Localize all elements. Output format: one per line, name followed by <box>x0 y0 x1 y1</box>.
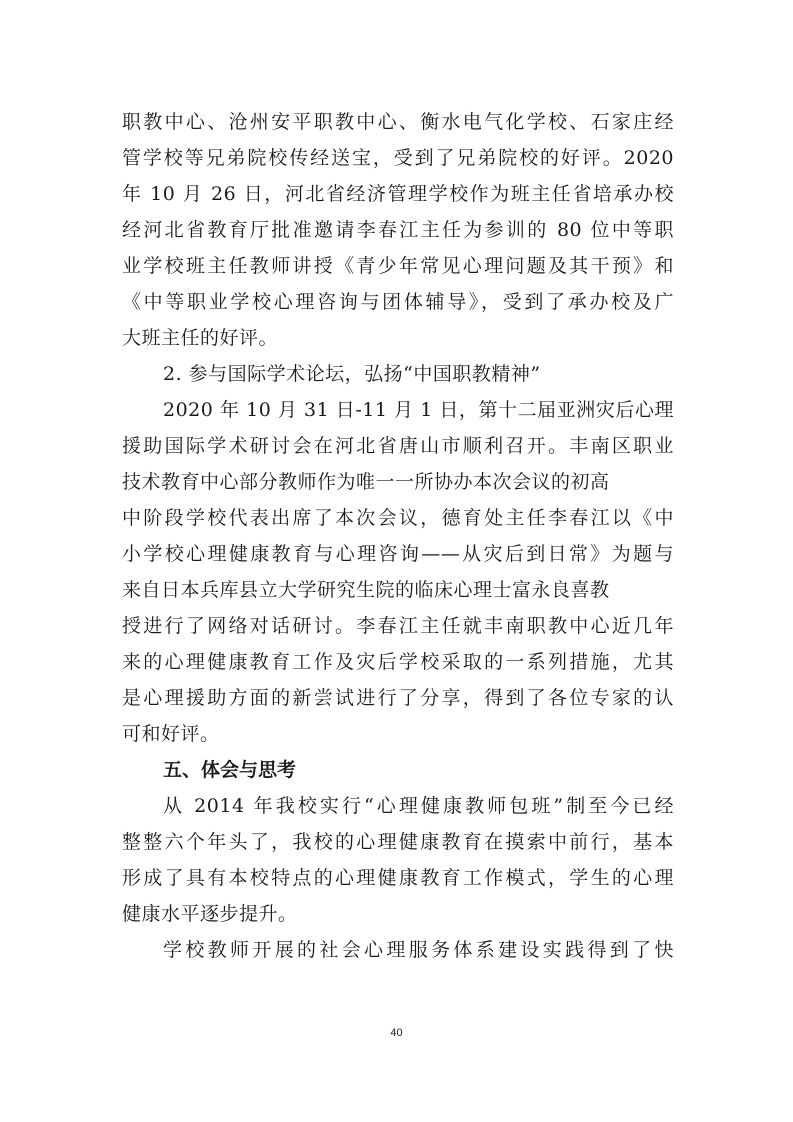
text-line: 职教中心、沧州安平职教中心、衡水电气化学校、石家庄经 <box>122 104 674 140</box>
paragraph-3: 从 2014 年我校实行“心理健康教师包班”制至今已经 整整六个年头了，我校的心… <box>122 788 674 932</box>
text-line: 业学校班主任教师讲授《青少年常见心理问题及其干预》和 <box>122 248 674 284</box>
text-line: 健康水平逐步提升。 <box>122 896 674 932</box>
text-line: 《中等职业学校心理咨询与团体辅导》，受到了承办校及广 <box>122 284 674 320</box>
section-heading: 五、体会与思考 <box>122 752 674 788</box>
text-line: 授进行了网络对话研讨。李春江主任就丰南职教中心近几年 <box>122 608 674 644</box>
text-line: 技术教育中心部分教师作为唯一一所协办本次会议的初高 <box>122 464 674 500</box>
text-line: 来的心理健康教育工作及灾后学校采取的一系列措施，尤其 <box>122 644 674 680</box>
page-number: 40 <box>0 1027 793 1039</box>
text-line: 小学校心理健康教育与心理咨询——从灾后到日常》为题与 <box>122 536 674 572</box>
text-line: 学校教师开展的社会心理服务体系建设实践得到了快 <box>122 932 674 968</box>
text-line: 援助国际学术研讨会在河北省唐山市顺利召开。丰南区职业 <box>122 428 674 464</box>
text-line: 是心理援助方面的新尝试进行了分享，得到了各位专家的认 <box>122 680 674 716</box>
paragraph-4: 学校教师开展的社会心理服务体系建设实践得到了快 <box>122 932 674 968</box>
subheading-international-forum: 2. 参与国际学术论坛，弘扬“中国职教精神” <box>122 356 674 392</box>
text-line: 来自日本兵库县立大学研究生院的临床心理士富永良喜教 <box>122 572 674 608</box>
text-line: 经河北省教育厅批准邀请李春江主任为参训的 80 位中等职 <box>122 212 674 248</box>
text-line: 中阶段学校代表出席了本次会议，德育处主任李春江以《中 <box>122 500 674 536</box>
text-line: 大班主任的好评。 <box>122 320 674 356</box>
text-line: 2020 年 10 月 31 日-11 月 1 日，第十二届亚洲灾后心理 <box>122 392 674 428</box>
text-line: 形成了具有本校特点的心理健康教育工作模式，学生的心理 <box>122 860 674 896</box>
paragraph-2: 2020 年 10 月 31 日-11 月 1 日，第十二届亚洲灾后心理 援助国… <box>122 392 674 752</box>
text-line: 整整六个年头了，我校的心理健康教育在摸索中前行，基本 <box>122 824 674 860</box>
paragraph-1: 职教中心、沧州安平职教中心、衡水电气化学校、石家庄经 管学校等兄弟院校传经送宝，… <box>122 104 674 356</box>
text-line: 可和好评。 <box>122 716 674 752</box>
text-line: 年 10 月 26 日，河北省经济管理学校作为班主任省培承办校 <box>122 176 674 212</box>
text-line: 管学校等兄弟院校传经送宝，受到了兄弟院校的好评。2020 <box>122 140 674 176</box>
subheading-text: 2. 参与国际学术论坛，弘扬“中国职教精神” <box>122 356 674 392</box>
text-line: 从 2014 年我校实行“心理健康教师包班”制至今已经 <box>122 788 674 824</box>
document-page: 职教中心、沧州安平职教中心、衡水电气化学校、石家庄经 管学校等兄弟院校传经送宝，… <box>122 104 674 968</box>
